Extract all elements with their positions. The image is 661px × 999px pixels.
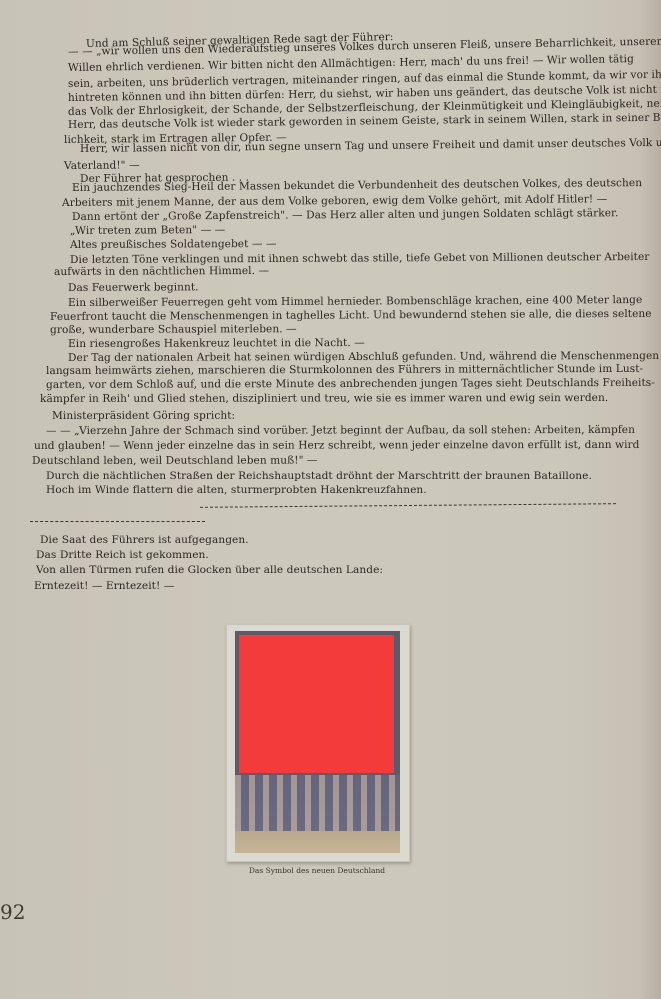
text-line: und glauben! — Wenn jeder einzelne das i… — [34, 439, 640, 453]
text-line: große, wunderbare Schauspiel miterleben.… — [50, 323, 297, 337]
text-line: Das Feuerwerk beginnt. — [68, 281, 199, 295]
text-line: Hoch im Winde flattern die alten, sturme… — [46, 484, 427, 497]
closing-line: Die Saat des Führers ist aufgegangen. — [40, 534, 249, 547]
page-number: 92 — [0, 900, 25, 924]
text-line: kämpfer in Reih' und Glied stehen, diszi… — [40, 392, 608, 406]
photo-icon — [235, 631, 400, 853]
closing-line: Das Dritte Reich ist gekommen. — [36, 549, 209, 562]
text-line: „Wir treten zum Beten" — — — [70, 224, 225, 238]
redacted-overlay — [239, 635, 394, 773]
text-line: Durch die nächtlichen Straßen der Reichs… — [46, 470, 592, 483]
figure-caption: Das Symbol des neuen Deutschland — [226, 866, 408, 876]
figure-photo — [226, 624, 410, 862]
text-line: garten, vor dem Schloß auf, und die erst… — [46, 377, 655, 392]
text-line: Ministerpräsident Göring spricht: — [52, 410, 235, 423]
closing-line: Erntezeit! — Erntezeit! — — [34, 580, 174, 593]
dashed-separator — [30, 521, 205, 522]
text-line: langsam heimwärts ziehen, marschieren di… — [46, 363, 643, 378]
text-line: Deutschland leben, weil Deutschland lebe… — [32, 455, 318, 468]
text-line: Altes preußisches Soldatengebet — — — [70, 238, 277, 252]
ground-image-region — [235, 831, 400, 853]
text-line: Ein riesengroßes Hakenkreuz leuchtet in … — [68, 337, 365, 351]
closing-line: Von allen Türmen rufen die Glocken über … — [36, 564, 383, 577]
text-line: — — „Vierzehn Jahre der Schmach sind vor… — [46, 424, 635, 438]
crowd-image-region — [235, 775, 400, 831]
text-line: aufwärts in den nächtlichen Himmel. — — [54, 265, 269, 279]
text-line: Vaterland!" — — [64, 159, 140, 173]
